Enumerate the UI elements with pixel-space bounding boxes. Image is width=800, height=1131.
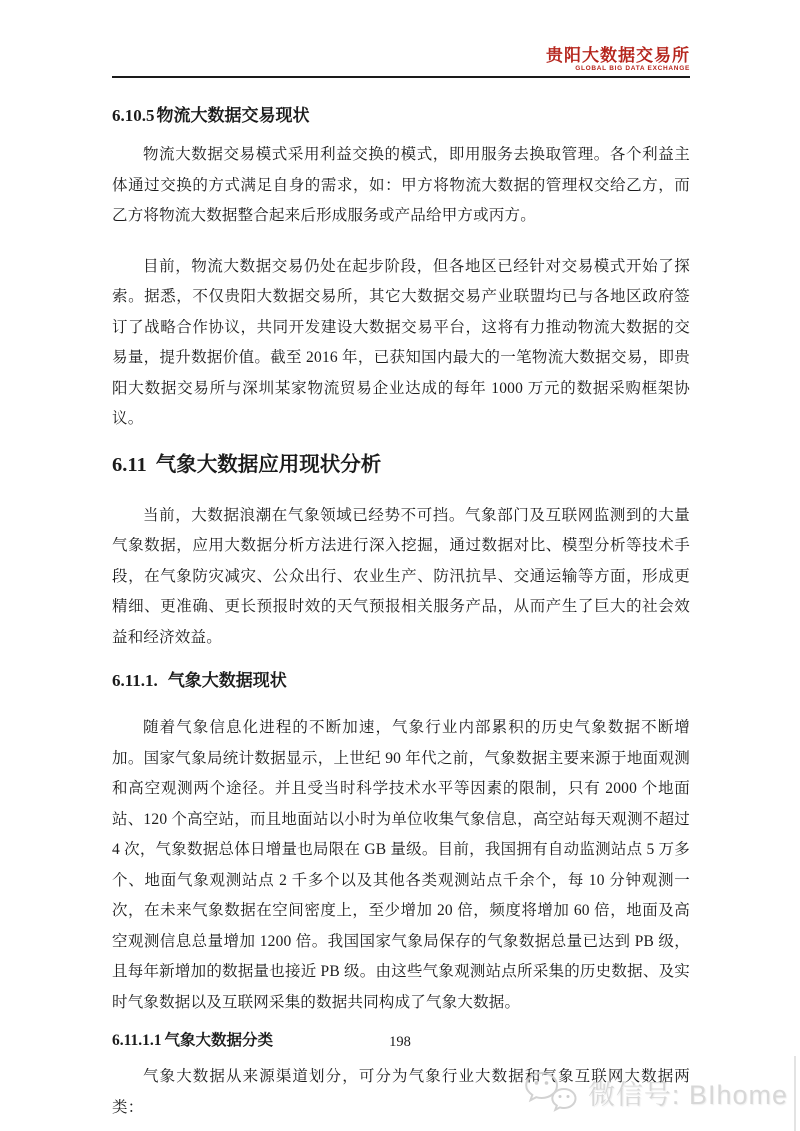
heading-title: 物流大数据交易现状	[157, 106, 310, 125]
paragraph-logistics-2: 目前，物流大数据交易仍处在起步阶段，但各地区已经针对交易模式开始了探索。据悉，不…	[112, 252, 690, 435]
heading-title: 气象大数据现状	[168, 671, 287, 690]
heading-number: 6.11.1.	[112, 671, 158, 690]
heading-title: 气象大数据应用现状分析	[156, 453, 382, 476]
document-page: 贵阳大数据交易所 GLOBAL BIG DATA EXCHANGE 6.10.5…	[0, 0, 800, 1131]
heading-6-11-1: 6.11.1.气象大数据现状	[112, 669, 690, 693]
page-header: 贵阳大数据交易所 GLOBAL BIG DATA EXCHANGE	[112, 46, 690, 78]
paragraph-logistics-1: 物流大数据交易模式采用利益交换的模式，即用服务去换取管理。各个利益主体通过交换的…	[112, 140, 690, 232]
wechat-icon	[523, 1070, 579, 1119]
document-body: 6.10.5物流大数据交易现状 物流大数据交易模式采用利益交换的模式，即用服务去…	[112, 96, 690, 1123]
brand-name-en: GLOBAL BIG DATA EXCHANGE	[112, 65, 690, 73]
right-edge-line	[794, 1056, 796, 1131]
paragraph-meteo-status: 随着气象信息化进程的不断加速，气象行业内部累积的历史气象数据不断增加。国家气象局…	[112, 713, 690, 1018]
watermark: 微信号: BIhome	[523, 1070, 788, 1119]
heading-6-10-5: 6.10.5物流大数据交易现状	[112, 104, 690, 128]
heading-6-11: 6.11气象大数据应用现状分析	[112, 451, 690, 479]
heading-number: 6.11	[112, 454, 147, 476]
brand-name-cn: 贵阳大数据交易所	[112, 46, 690, 65]
page-number: 198	[0, 1033, 800, 1051]
heading-number: 6.10.5	[112, 106, 155, 125]
watermark-label: 微信号: BIhome	[588, 1078, 788, 1112]
paragraph-meteo-intro: 当前，大数据浪潮在气象领域已经势不可挡。气象部门及互联网监测到的大量气象数据，应…	[112, 501, 690, 654]
